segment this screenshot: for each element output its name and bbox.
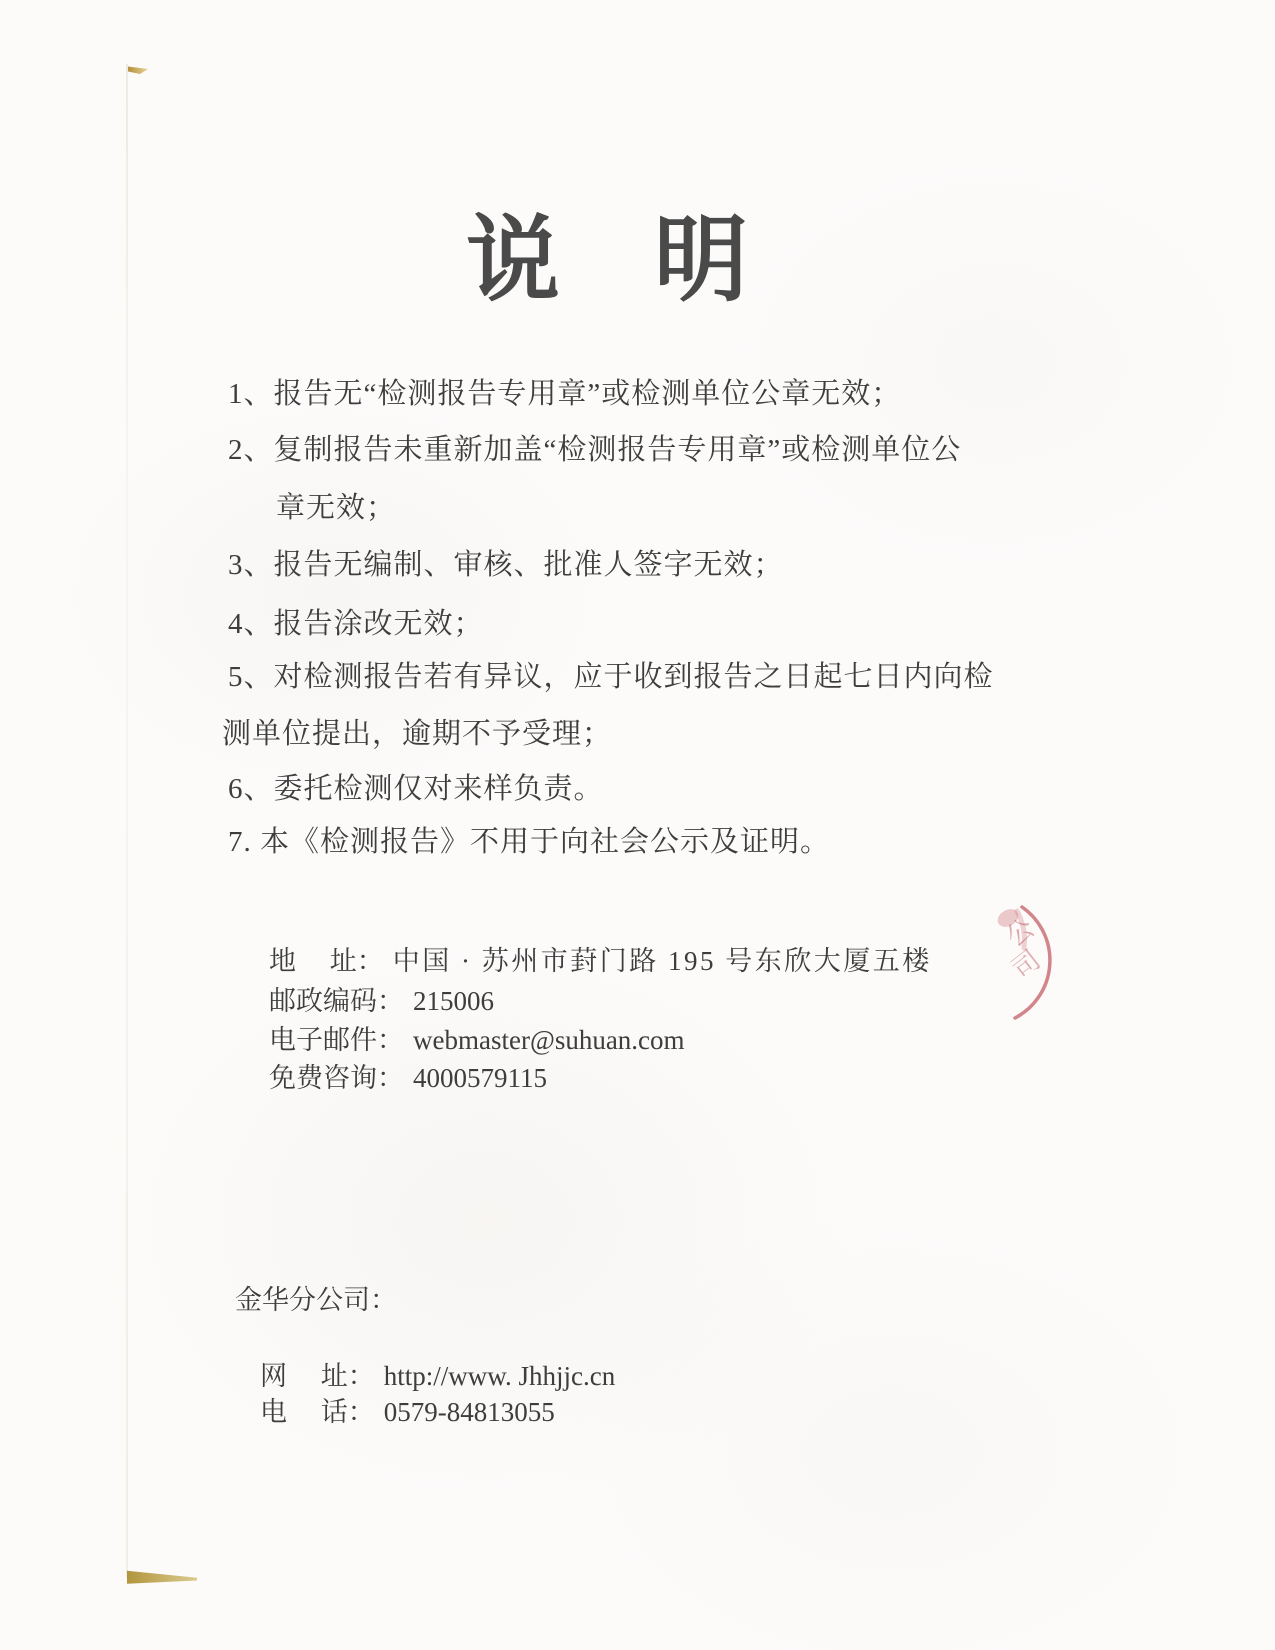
phone-value: 0579-84813055 [384,1397,555,1427]
phone-label: 电 话： [260,1397,375,1427]
branch-heading: 金华分公司： [235,1283,397,1317]
seal-char-2: 司 [1006,944,1046,984]
branch-block: 金华分公司： 网 址：http://www. Jhhjjc.cn 电 话：057… [0,0,1275,1650]
branch-phone-row: 电 话：0579-84813055 [233,1361,555,1463]
company-seal-stamp: 公 司 [905,878,1075,1048]
